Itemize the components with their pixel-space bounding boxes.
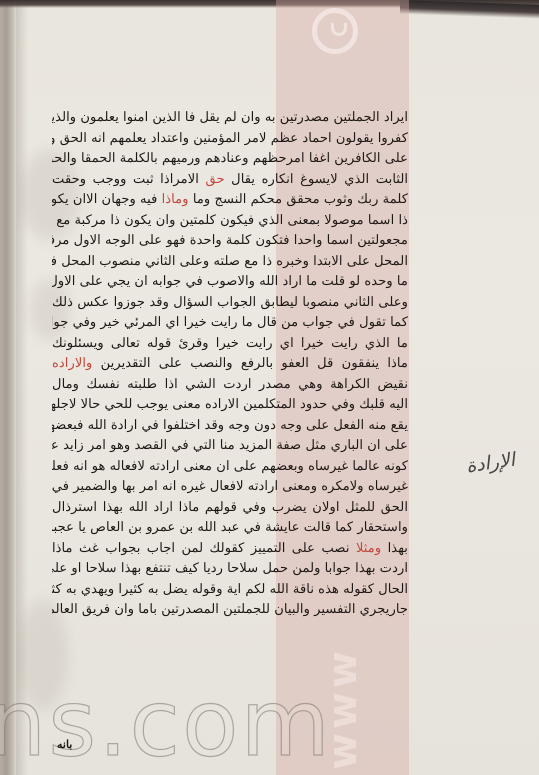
text-line: ذا اسما موصولا بمعنى الذي فيكون كلمتين و… [52,211,408,232]
rubric-word: ومثلا [356,541,381,556]
text-line: الحال كقوله هذه ناقة الله لكم اية وقوله … [52,580,408,601]
text-line: واستحقار كما قالت عايشة في عبد الله بن ع… [52,518,408,539]
catchword: بانه [57,738,72,751]
text-line: ماذا ينفقون قل العفو بالرفع والنصب على ا… [52,354,408,375]
text-line: على الكافرين اغفا امرحظهم وعنادهم ورميهم… [52,149,408,170]
text-line: نقيض الكراهة وهي مصدر اردت الشي اذا طلبت… [52,375,408,396]
watermark-logo-icon [312,8,358,54]
watermark-logo-glyph [331,23,347,36]
watermark-bottom-text: ns.com [0,678,332,770]
text-line: على ان الباري مثل صفة المزيد منا التي في… [52,436,408,457]
text-line: كلمة ربك وثوب محقق محكم النسج وما وماذا … [52,190,408,211]
text-line: يقع منه الفعل على وجه دون وجه وقد اختلفو… [52,416,408,437]
rubric-word: حق [205,172,224,187]
binding-shadow [16,0,28,775]
text-line: وعلى الثاني منصوبا ليطابق الجواب السؤال … [52,293,408,314]
text-line: كما تقول في جواب من قال ما رايت خيرا اي … [52,313,408,334]
rubric-word: والاراده [52,356,92,371]
text-line: كفروا يقولون احماد عظم لامر المؤمنين واع… [52,129,408,150]
text-line: مجعولتين اسما واحدا فتكون كلمة واحدة فهو… [52,231,408,252]
text-line: المحل على الابتدا وخبره ذا مع صلته وعلى … [52,252,408,273]
text-line: اردت بهذا جوابا ولمن حمل سلاحا رديا كيف … [52,559,408,580]
text-line: الثابت الذي لايسوغ انكاره يقال حق الامرا… [52,170,408,191]
text-line: الحق للمثل اولان يضرب وفي قولهم ماذا ارا… [52,498,408,519]
binding-edge [0,0,16,775]
manuscript-page: www ns.com ايراد الجملتين مصدرتين به وان… [0,0,539,775]
rubric-word: وماذا [162,192,189,207]
text-line: اليه قلبك وفي حدود المتكلمين الاراده معن… [52,395,408,416]
manuscript-text-block: ايراد الجملتين مصدرتين به وان لم يقل فا … [52,108,408,621]
text-line: ما الذي رايت خيرا اي رايت خيرا وقرئ قوله… [52,334,408,355]
text-line: بهذا ومثلا نصب على التمييز كقولك لمن اجا… [52,539,408,560]
text-line: غيرساه ولامكره ومعنى ارادته لافعال غيره … [52,477,408,498]
text-line: جاريجري التفسير والبيان للجملتين المصدرت… [52,600,408,621]
text-line: كونه عالما غيرساه وبعضهم على ان معنى ارا… [52,457,408,478]
margin-note: الإرادة [465,449,517,478]
text-line: ما وحده لو قلت ما اراد الله والاصوب في ج… [52,272,408,293]
text-line: ايراد الجملتين مصدرتين به وان لم يقل فا … [52,108,408,129]
